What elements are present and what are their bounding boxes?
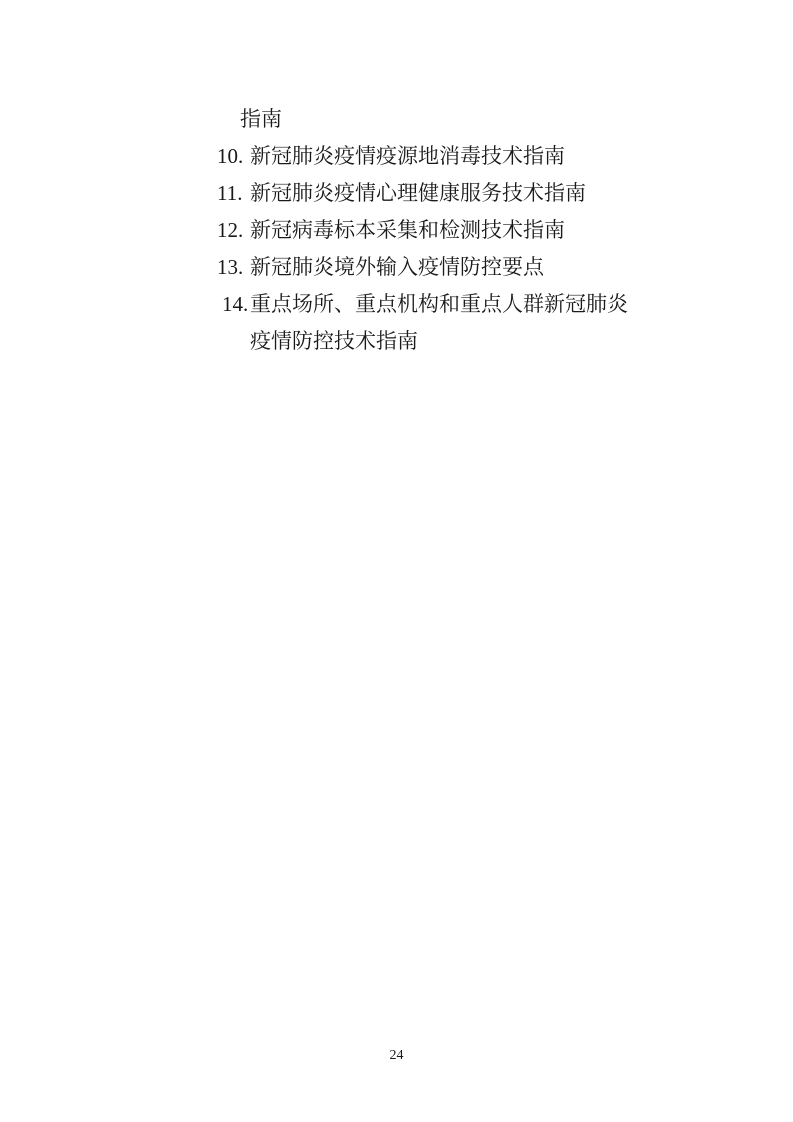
list-item-14-text-line2: 疫情防控技术指南 xyxy=(250,329,418,353)
list-item-14: 14. 重点场所、重点机构和重点人群新冠肺炎疫情防控技术指南 xyxy=(222,286,793,360)
list-item-11: 11. 新冠肺炎疫情心理健康服务技术指南 xyxy=(217,175,793,212)
list-item-10: 10. 新冠肺炎疫情疫源地消毒技术指南 xyxy=(217,138,793,175)
document-page: 指南 10. 新冠肺炎疫情疫源地消毒技术指南 11. 新冠肺炎疫情心理健康服务技… xyxy=(0,0,793,1122)
list-item-10-text: 新冠肺炎疫情疫源地消毒技术指南 xyxy=(250,138,650,175)
document-body: 指南 10. 新冠肺炎疫情疫源地消毒技术指南 11. 新冠肺炎疫情心理健康服务技… xyxy=(0,101,793,360)
list-item-11-text: 新冠肺炎疫情心理健康服务技术指南 xyxy=(250,175,650,212)
list-item-12-number: 12. xyxy=(217,212,250,249)
list-item-12-text: 新冠病毒标本采集和检测技术指南 xyxy=(250,212,650,249)
list-item-13-number: 13. xyxy=(217,249,250,286)
list-item-14-text: 重点场所、重点机构和重点人群新冠肺炎疫情防控技术指南 xyxy=(250,286,650,360)
list-item-14-text-line1: 重点场所、重点机构和重点人群新冠肺炎 xyxy=(250,292,628,316)
list-item-14-number: 14. xyxy=(222,286,250,323)
list-item-10-number: 10. xyxy=(217,138,250,175)
list-item-9-continuation-text: 指南 xyxy=(240,101,793,138)
list-item-12: 12. 新冠病毒标本采集和检测技术指南 xyxy=(217,212,793,249)
page-number: 24 xyxy=(0,1046,793,1066)
list-item-13-text: 新冠肺炎境外输入疫情防控要点 xyxy=(250,249,650,286)
list-item-13: 13. 新冠肺炎境外输入疫情防控要点 xyxy=(217,249,793,286)
list-item-11-number: 11. xyxy=(217,175,250,212)
